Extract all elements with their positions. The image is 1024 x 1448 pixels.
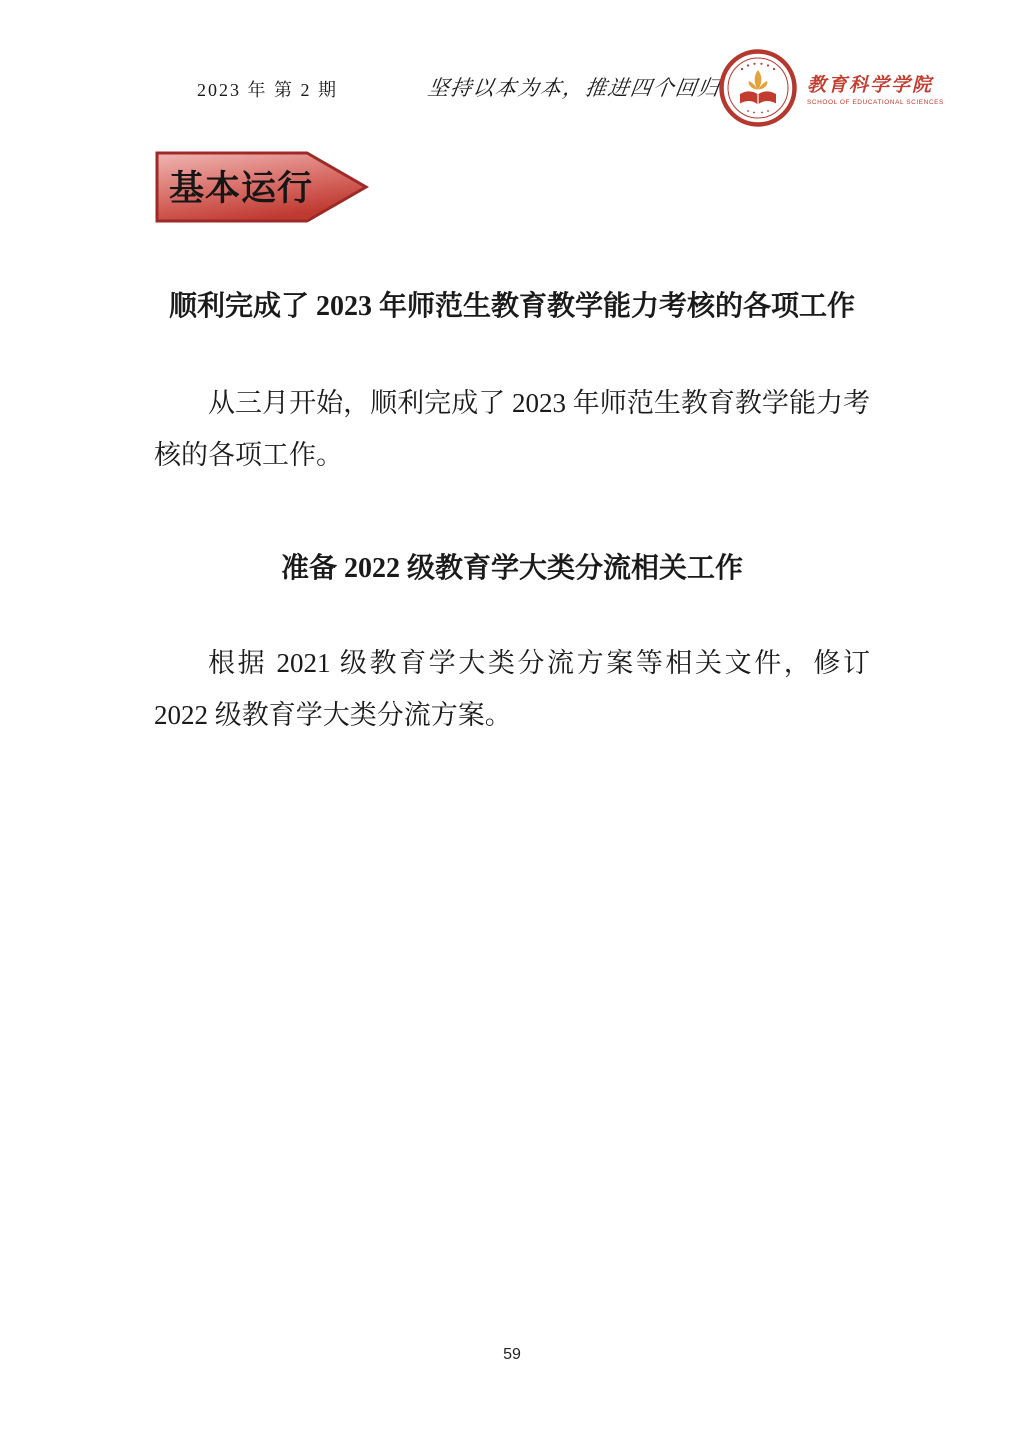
- banner-label: 基本运行: [169, 161, 313, 211]
- page-number: 59: [0, 1346, 1024, 1364]
- logo-subtitle: SCHOOL OF EDUCATIONAL SCIENCES: [807, 99, 944, 106]
- section-body-2: 根据 2021 级教育学大类分流方案等相关文件，修订 2022 级教育学大类分流…: [154, 637, 870, 741]
- issue-label: 2023 年 第 2 期: [197, 76, 338, 102]
- document-page: 2023 年 第 2 期 坚持以本为本，推进四个回归: [0, 0, 1024, 1448]
- school-logo: 教育科学学院 SCHOOL OF EDUCATIONAL SCIENCES: [718, 48, 944, 128]
- section-banner: 基本运行: [155, 151, 369, 223]
- section-body-1: 从三月开始，顺利完成了 2023 年师范生教育教学能力考核的各项工作。: [154, 377, 870, 481]
- school-emblem-icon: [718, 48, 798, 128]
- section-heading-1: 顺利完成了 2023 年师范生教育教学能力考核的各项工作: [154, 287, 870, 327]
- section-heading-2: 准备 2022 级教育学大类分流相关工作: [154, 549, 870, 589]
- logo-text-block: 教育科学学院 SCHOOL OF EDUCATIONAL SCIENCES: [807, 70, 944, 106]
- header-motto: 坚持以本为本，推进四个回归: [426, 72, 723, 102]
- logo-title: 教育科学学院: [807, 70, 944, 97]
